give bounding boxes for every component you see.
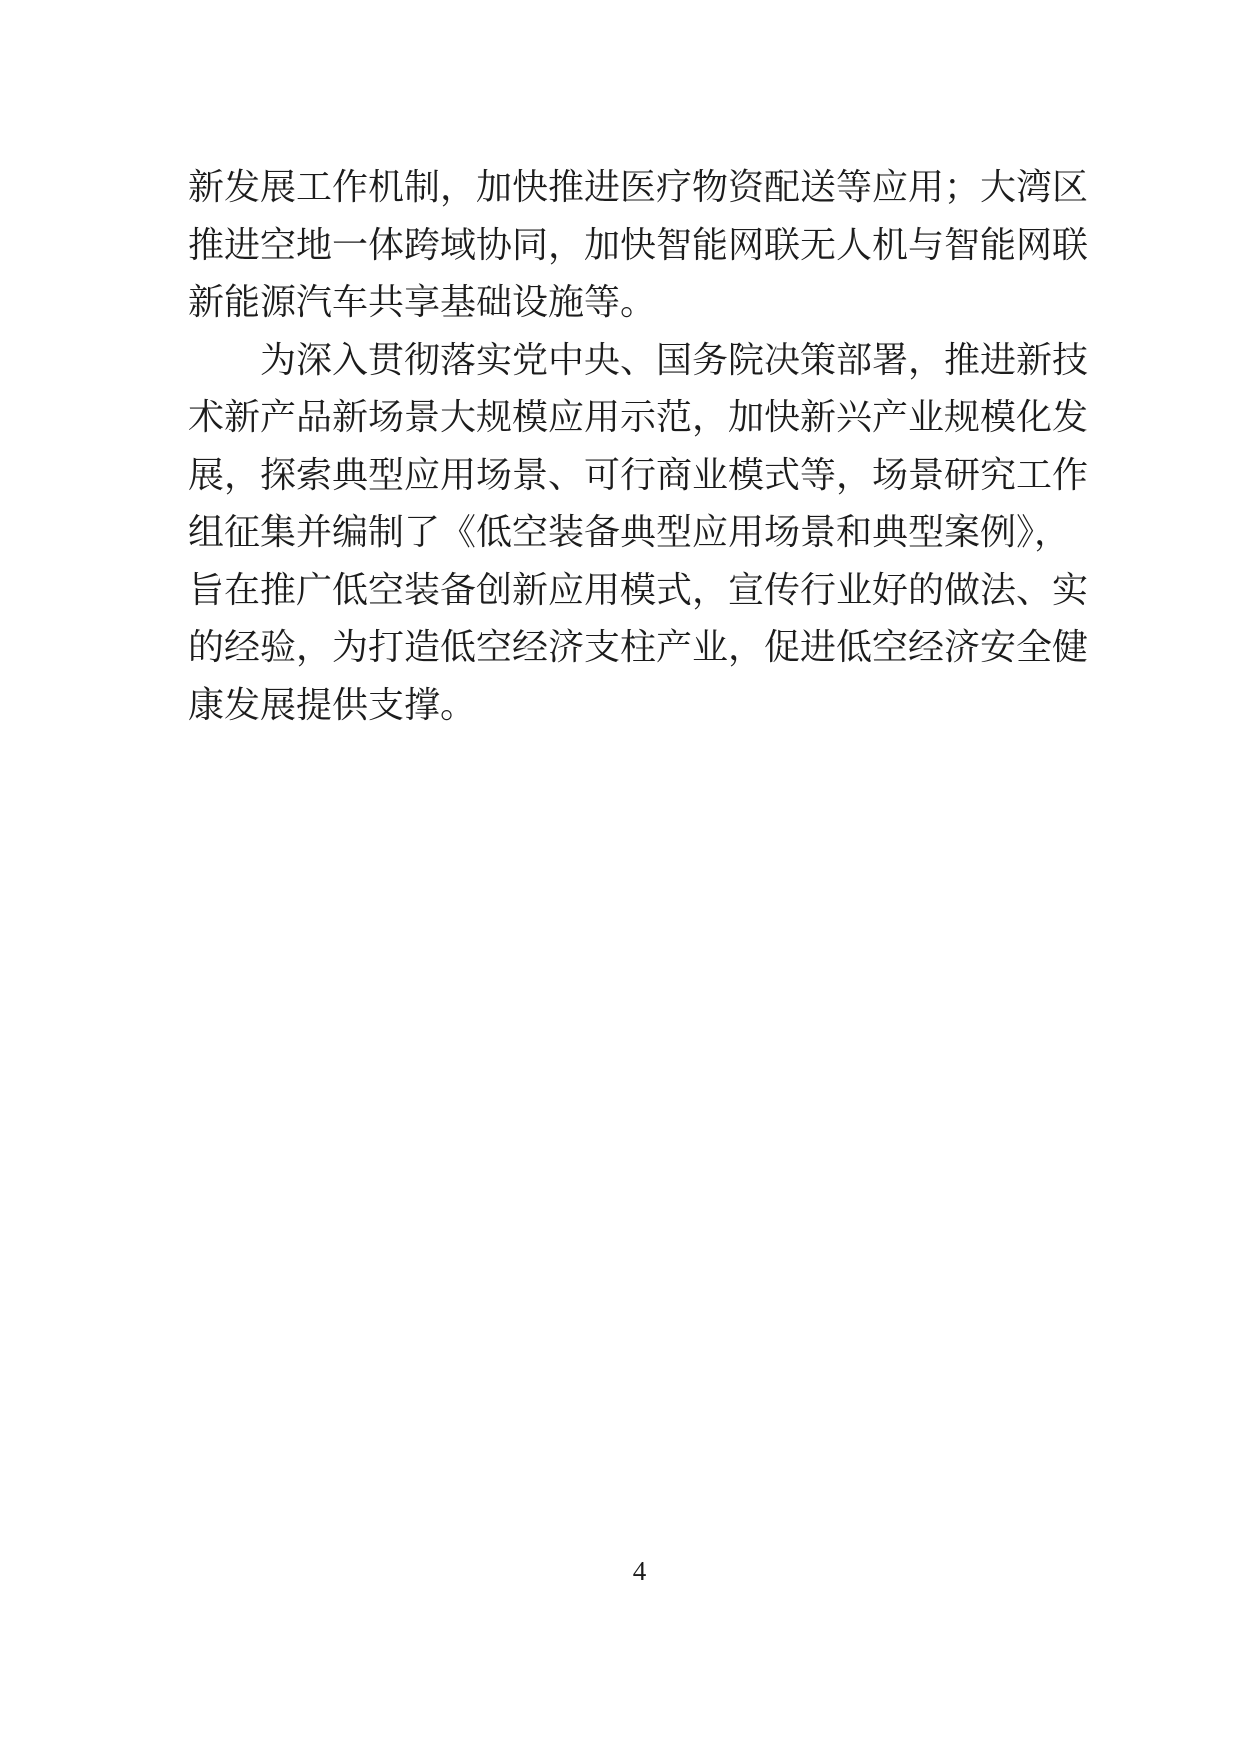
paragraph-continuation: 新发展工作机制，加快推进医疗物资配送等应用；大湾区 推进空地一体跨域协同，加快智…	[188, 159, 1050, 332]
document-page: 新发展工作机制，加快推进医疗物资配送等应用；大湾区 推进空地一体跨域协同，加快智…	[0, 0, 1241, 1754]
text-line: 新发展工作机制，加快推进医疗物资配送等应用；大湾区	[188, 159, 1050, 217]
text-block: 新发展工作机制，加快推进医疗物资配送等应用；大湾区 推进空地一体跨域协同，加快智…	[188, 159, 1050, 734]
paragraph: 为深入贯彻落实党中央、国务院决策部署，推进新技 术新产品新场景大规模应用示范，加…	[188, 332, 1050, 735]
text-line: 新能源汽车共享基础设施等。	[188, 274, 1050, 332]
text-line: 康发展提供支撑。	[188, 677, 1050, 735]
text-line: 为深入贯彻落实党中央、国务院决策部署，推进新技	[188, 332, 1050, 390]
text-line: 推进空地一体跨域协同，加快智能网联无人机与智能网联	[188, 217, 1050, 275]
text-line: 组征集并编制了《低空装备典型应用场景和典型案例》，	[188, 504, 1050, 562]
page-number: 4	[633, 1556, 647, 1586]
page-footer: 4	[19, 1556, 1241, 1586]
text-line: 的经验，为打造低空经济支柱产业，促进低空经济安全健	[188, 619, 1050, 677]
text-line: 术新产品新场景大规模应用示范，加快新兴产业规模化发	[188, 389, 1050, 447]
text-line: 展，探索典型应用场景、可行商业模式等，场景研究工作	[188, 447, 1050, 505]
text-line: 旨在推广低空装备创新应用模式，宣传行业好的做法、实	[188, 562, 1050, 620]
